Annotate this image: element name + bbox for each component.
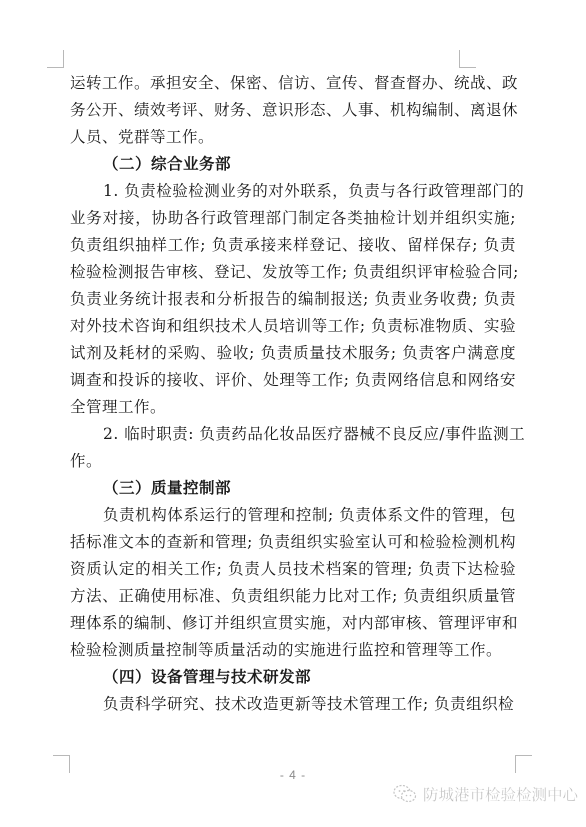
text-line: 1. 负责检验检测业务的对外联系，负责与各行政管理部门的: [70, 178, 516, 205]
document-body: 运转工作。承担安全、保密、信访、宣传、督查督办、统战、政 务公开、绩效考评、财务…: [70, 70, 516, 718]
text-line: 理体系的编制、修订并组织宣贯实施，对内部审核、管理评审和: [70, 610, 516, 637]
watermark-text: 防城港市检验检测中心: [423, 783, 578, 805]
wechat-icon: [393, 784, 417, 804]
text-line: 检验检测质量控制等质量活动的实施进行监控和管理等工作。: [70, 637, 516, 664]
text-line: 括标准文本的查新和管理; 负责组织实验室认可和检验检测机构: [70, 529, 516, 556]
text-line: 方法、正确使用标准、负责组织能力比对工作; 负责组织质量管: [70, 583, 516, 610]
section-heading-equipment-rnd: （四）设备管理与技术研发部: [70, 664, 516, 691]
section-heading-comprehensive-business: （二）综合业务部: [70, 151, 516, 178]
text-line: 作。: [70, 448, 516, 475]
text-line: 资质认定的相关工作; 负责人员技术档案的管理; 负责下达检验: [70, 556, 516, 583]
watermark: 防城港市检验检测中心: [393, 783, 578, 805]
text-line: 全管理工作。: [70, 394, 516, 421]
text-line: 务公开、绩效考评、财务、意识形态、人事、机构编制、离退休: [70, 97, 516, 124]
crop-mark-top-left: [47, 50, 64, 68]
text-line: 负责科学研究、技术改造更新等技术管理工作; 负责组织检: [70, 691, 516, 718]
text-line: 检验检测报告审核、登记、发放等工作; 负责组织评审检验合同;: [70, 259, 516, 286]
text-line: 调查和投诉的接收、评价、处理等工作; 负责网络信息和网络安: [70, 367, 516, 394]
text-line: 负责组织抽样工作; 负责承接来样登记、接收、留样保存; 负责: [70, 232, 516, 259]
text-line: 运转工作。承担安全、保密、信访、宣传、督查督办、统战、政: [70, 70, 516, 97]
text-line: 负责机构体系运行的管理和控制; 负责体系文件的管理，包: [70, 502, 516, 529]
text-line: 负责业务统计报表和分析报告的编制报送; 负责业务收费; 负责: [70, 286, 516, 313]
text-line: 对外技术咨询和组织技术人员培训等工作; 负责标准物质、实验: [70, 313, 516, 340]
text-line: 人员、党群等工作。: [70, 124, 516, 151]
page-number: - 4 -: [0, 768, 586, 782]
text-line: 业务对接，协助各行政管理部门制定各类抽检计划并组织实施;: [70, 205, 516, 232]
text-line: 试剂及耗材的采购、验收; 负责质量技术服务; 负责客户满意度: [70, 340, 516, 367]
section-heading-quality-control: （三）质量控制部: [70, 475, 516, 502]
text-line: 2. 临时职责: 负责药品化妆品医疗器械不良反应/事件监测工: [70, 421, 516, 448]
crop-mark-top-right: [459, 50, 476, 68]
